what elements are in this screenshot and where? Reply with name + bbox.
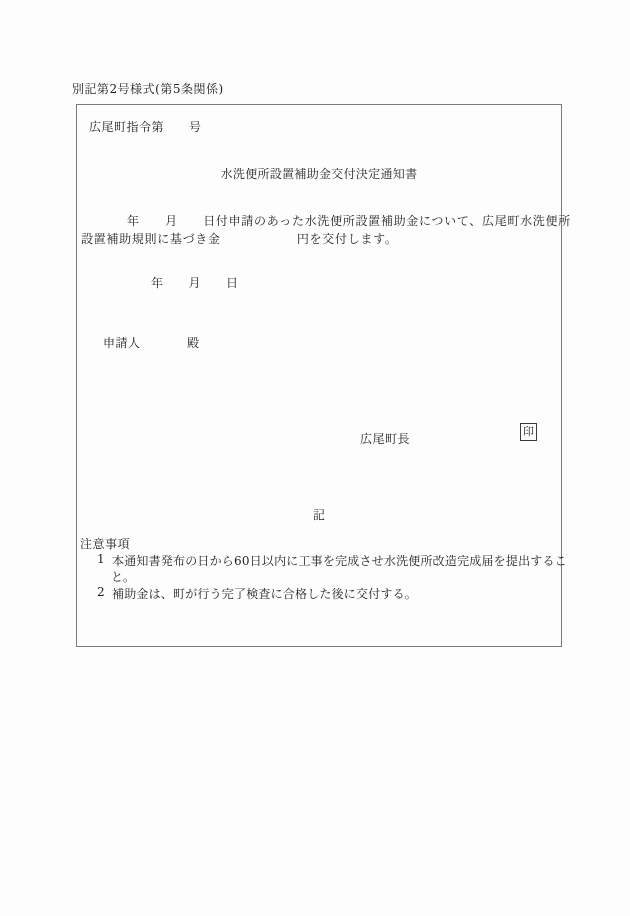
note-item-2-number: 2 xyxy=(97,585,105,599)
official-seal-placeholder: 印 xyxy=(520,423,537,441)
scanned-document-page: 別記第2号様式(第5条関係) 広尾町指令第 号 水洗便所設置補助金交付決定通知書… xyxy=(0,0,630,916)
note-item-1-number: 1 xyxy=(97,552,105,566)
body-paragraph-line-2: 設置補助規則に基づき金 円を交付します。 xyxy=(81,230,398,247)
mayor-signature-label: 広尾町長 xyxy=(360,430,410,447)
body-paragraph-line-1: 年 月 日付申請のあった水洗便所設置補助金について、広尾町水洗便所 xyxy=(127,212,571,229)
directive-number-line: 広尾町指令第 号 xyxy=(89,118,202,135)
applicant-honorific: 殿 xyxy=(187,334,199,351)
document-title: 水洗便所設置補助金交付決定通知書 xyxy=(77,165,561,182)
issue-date-line: 年 月 日 xyxy=(151,274,239,291)
note-item-1-text: 本通知書発布の日から60日以内に工事を完成させ水洗便所改造完成届を提出するこ xyxy=(112,552,567,569)
document-frame: 広尾町指令第 号 水洗便所設置補助金交付決定通知書 年 月 日付申請のあった水洗… xyxy=(76,104,562,647)
note-item-2-text: 補助金は、町が行う完了検査に合格した後に交付する。 xyxy=(112,585,417,602)
form-style-label: 別記第2号様式(第5条関係) xyxy=(72,80,224,97)
record-heading: 記 xyxy=(77,506,561,523)
note-item-1-continuation: と。 xyxy=(111,568,135,585)
applicant-label: 申請人 xyxy=(103,334,141,351)
notes-heading: 注意事項 xyxy=(80,535,130,552)
